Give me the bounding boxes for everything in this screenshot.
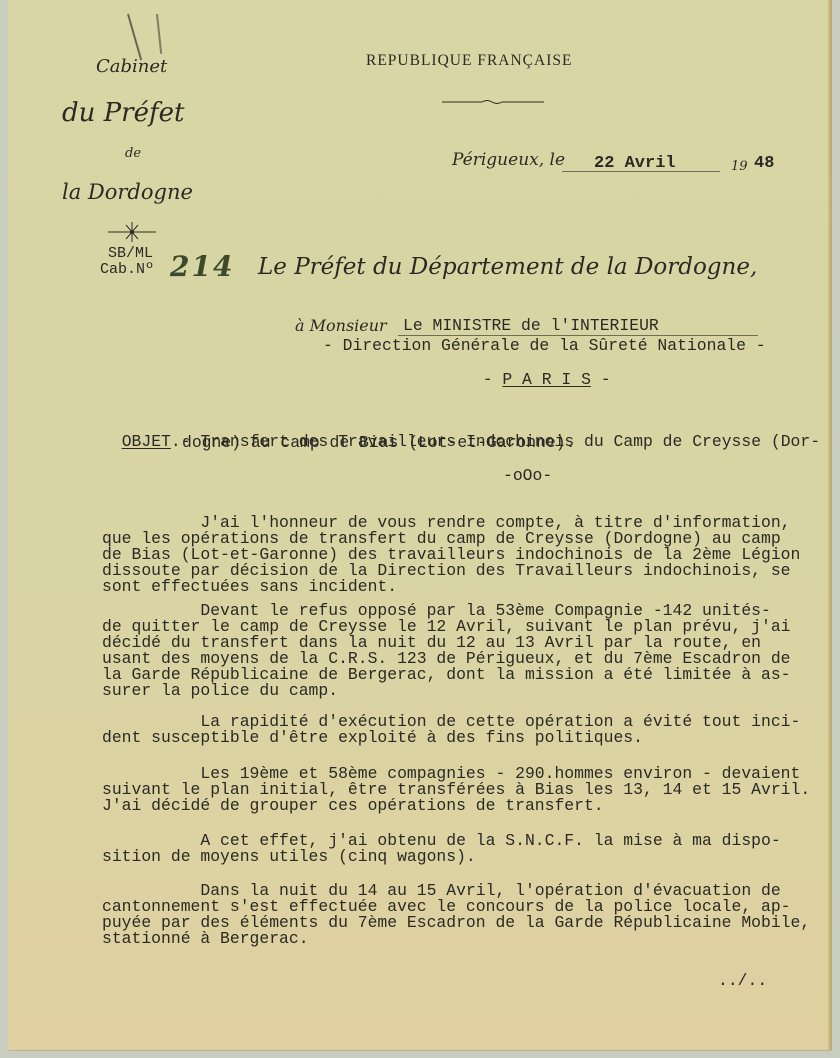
recipient-line-2: - Direction Générale de la Sûreté Nation… xyxy=(323,338,766,354)
body-paragraph-2: Devant le refus opposé par la 53ème Comp… xyxy=(102,603,840,699)
recipient-line-3: - P A R I S - xyxy=(463,356,611,388)
body-paragraph-4: Les 19ème et 58ème compagnies - 290.homm… xyxy=(102,766,840,814)
subject-line-2: dogne) au camp de Bias (Lot-et-Garonne). xyxy=(182,435,575,451)
header-flourish xyxy=(442,92,544,98)
place-label: Périgueux, le xyxy=(452,150,565,170)
recipient-line-1: Le MINISTRE de l'INTERIEUR xyxy=(403,318,659,334)
subject-label: OBJET xyxy=(122,432,171,451)
dash-left: - xyxy=(483,370,503,389)
cabinet-line-1: Cabinet xyxy=(96,56,167,77)
body-paragraph-5: A cet effet, j'ai obtenu de la S.N.C.F. … xyxy=(102,833,840,865)
date-value: 22 Avril xyxy=(594,156,676,172)
dash-right: - xyxy=(591,370,611,389)
body-paragraph-6: Dans la nuit du 14 au 15 Avril, l'opérat… xyxy=(102,883,840,947)
republic-heading: REPUBLIQUE FRANÇAISE xyxy=(366,52,572,70)
body-line: sont effectuées sans incident. xyxy=(102,579,840,595)
cabinet-line-2: du Préfet xyxy=(62,98,184,128)
body-line: stationné à Bergerac. xyxy=(102,931,840,947)
star-ornament-icon xyxy=(108,220,156,244)
cabinet-line-4: la Dordogne xyxy=(62,180,193,204)
body-line: J'ai décidé de grouper ces opérations de… xyxy=(102,798,840,814)
recipient-city: P A R I S xyxy=(502,370,591,389)
body-paragraph-3: La rapidité d'exécution de cette opérati… xyxy=(102,714,840,746)
body-line: surer la police du camp. xyxy=(102,683,840,699)
reference-number-handwritten: 214 xyxy=(170,250,234,283)
reference-label: Cab.Nº xyxy=(100,262,154,278)
cabinet-line-3: de xyxy=(125,146,141,161)
recipient-prefix: à Monsieur xyxy=(295,316,387,335)
year-value: 48 xyxy=(754,156,774,172)
body-line: sition de moyens utiles (cinq wagons). xyxy=(102,849,840,865)
continuation-mark: ../.. xyxy=(718,973,767,989)
reference-initials: SB/ML xyxy=(108,246,153,262)
subject-divider: -oOo- xyxy=(503,468,552,484)
year-prefix: 19 xyxy=(731,159,748,174)
sender-line: Le Préfet du Département de la Dordogne, xyxy=(258,254,757,280)
body-paragraph-1: J'ai l'honneur de vous rendre compte, à … xyxy=(102,515,840,595)
body-line: dent susceptible d'être exploité à des f… xyxy=(102,730,840,746)
